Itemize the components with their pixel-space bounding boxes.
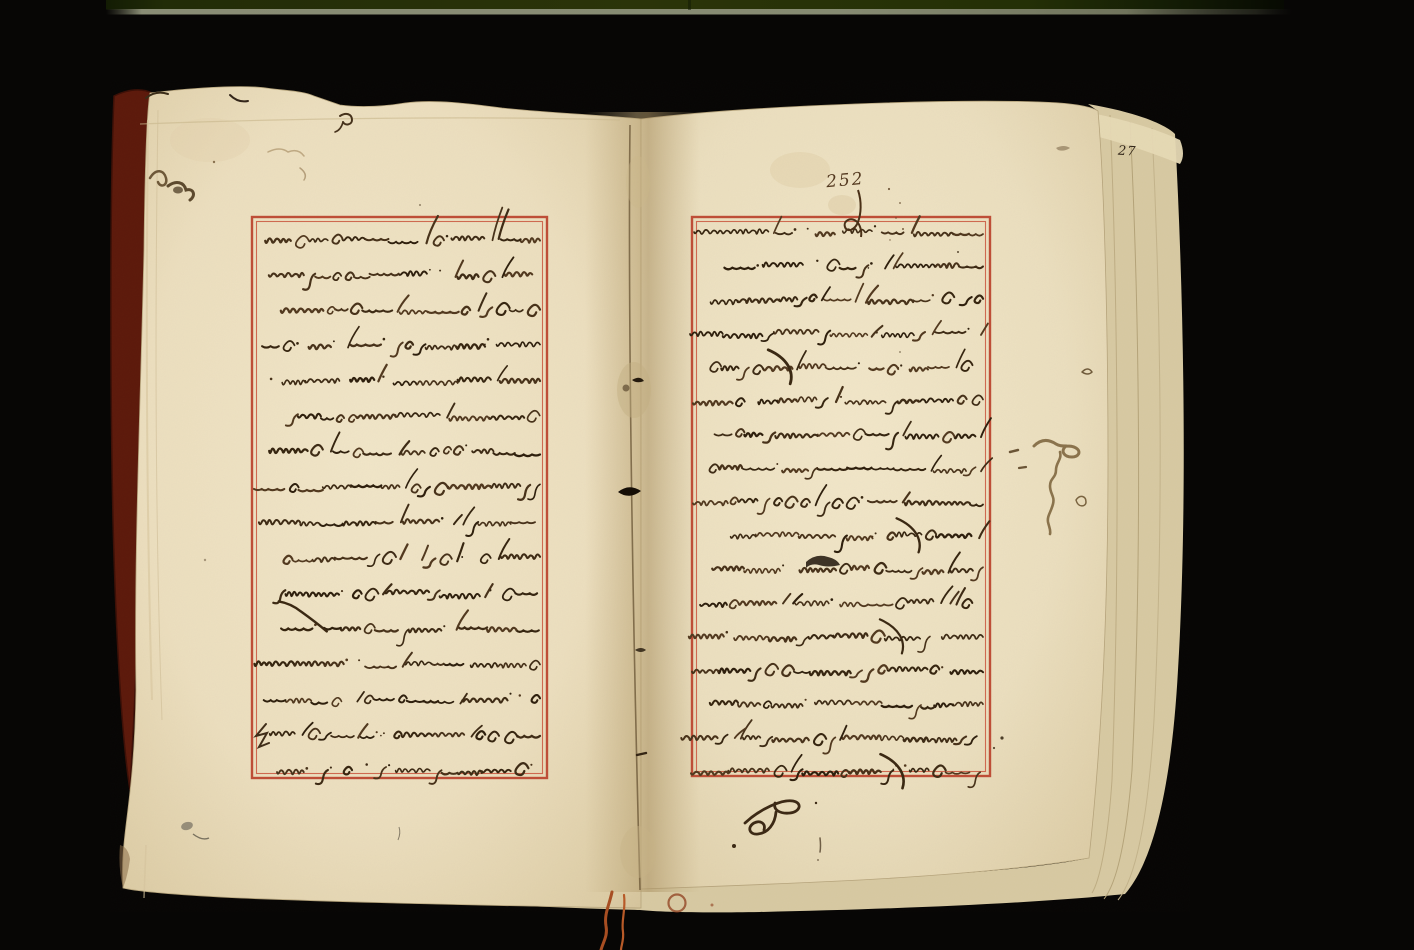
manuscript-photograph: 252 27: [0, 0, 1414, 950]
photo-canvas: 252 27: [0, 0, 1414, 950]
film-strip-edge-line: [106, 9, 1292, 15]
paper-grain: [110, 80, 1190, 912]
open-book: 252 27: [110, 80, 1190, 950]
film-strip: [106, 0, 1292, 15]
film-strip-band: [106, 0, 1284, 10]
film-frame-seam: [688, 0, 691, 10]
